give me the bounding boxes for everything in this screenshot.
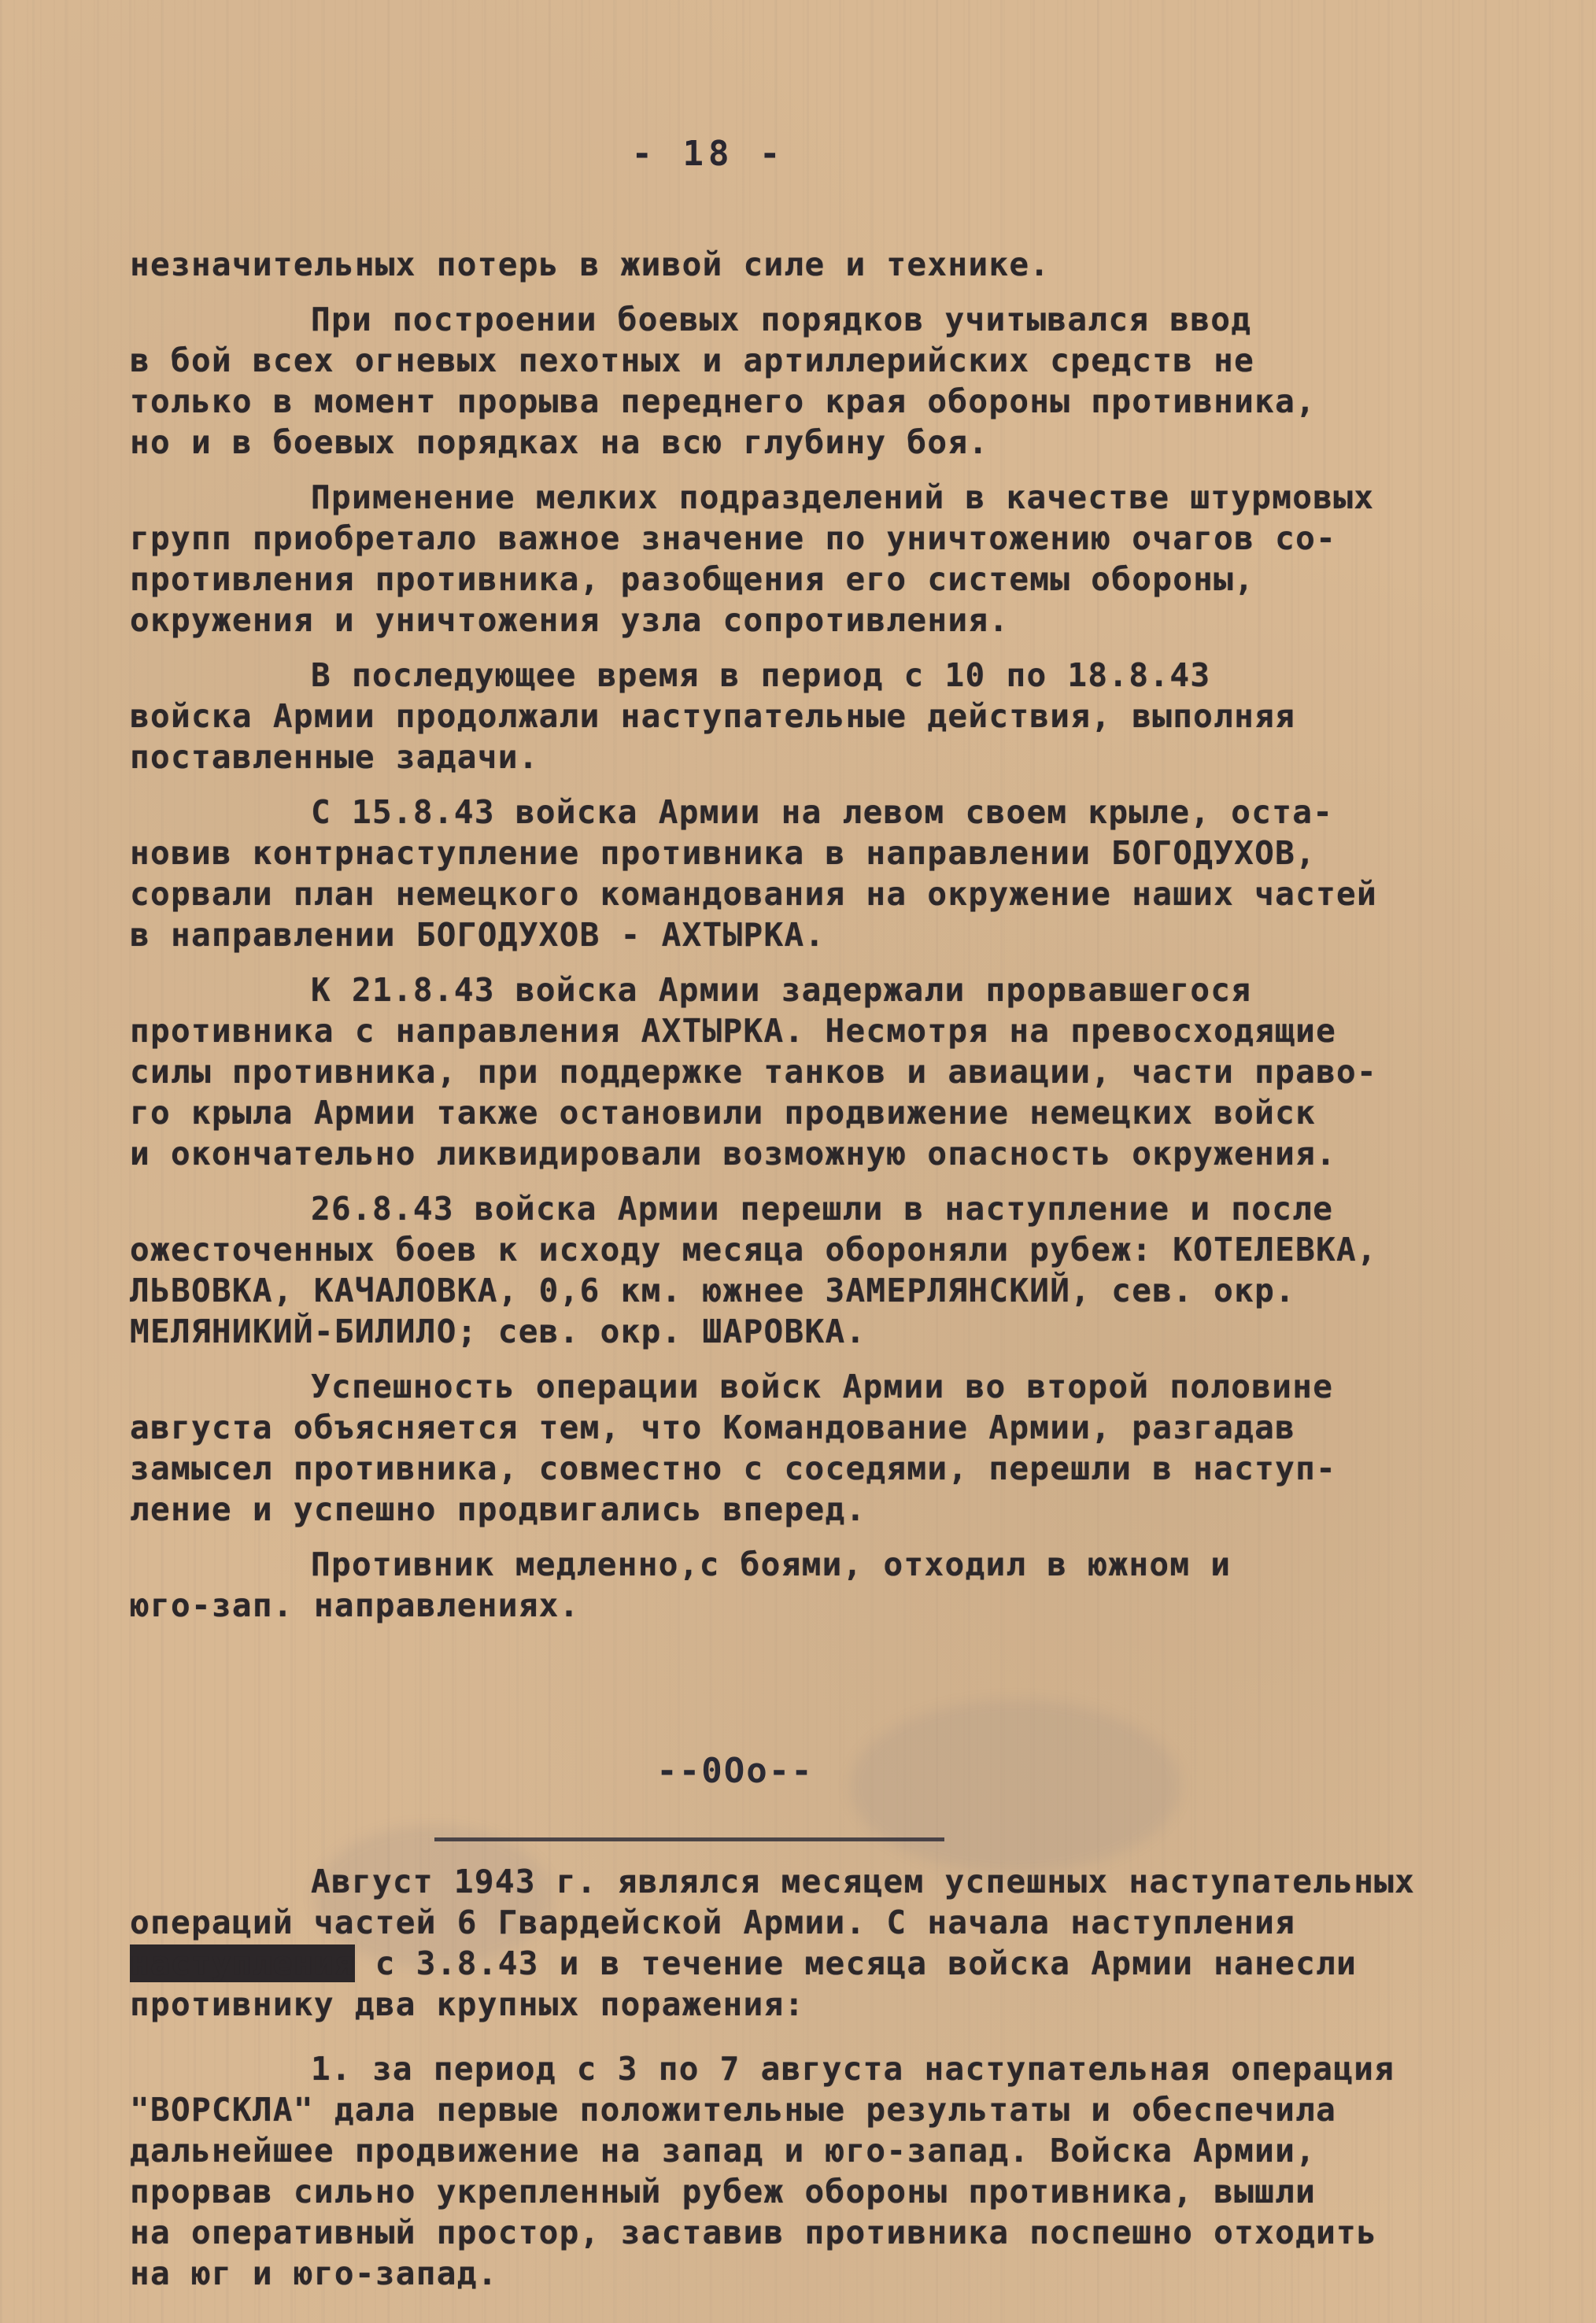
section-separator: --0Оо-- [0,1751,1596,1791]
text-line: 1. за период с 3 по 7 августа наступател… [130,2048,1596,2089]
text-line: МЕЛЯНИКИЙ-БИЛИЛО; сев. окр. ШАРОВКА. [130,1311,1596,1352]
text-line: групп приобретало важное значение по уни… [130,518,1596,559]
horizontal-rule [434,1837,944,1841]
text-line: ЛЬВОВКА, КАЧАЛОВКА, 0,6 км. южнее ЗАМЕРЛ… [130,1270,1596,1311]
text-line: Успешность операции войск Армии во второ… [130,1366,1596,1407]
text-line: го крыла Армии также остановили продвиже… [130,1092,1596,1133]
text-line: сорвали план немецкого командования на о… [130,873,1596,914]
text-line: ожесточенных боев к исходу месяца оборон… [130,1229,1596,1270]
text-line: на юг и юго-запад. [130,2253,1596,2294]
paragraph: 1. за период с 3 по 7 августа наступател… [130,2048,1596,2294]
paragraph: При построении боевых порядков учитывалс… [130,299,1596,463]
paragraph: Применение мелких подразделений в качест… [130,477,1596,641]
text-line: в бой всех огневых пехотных и артиллерий… [130,340,1596,381]
paragraph: Август 1943 г. являлся месяцем успешных … [130,1861,1596,2025]
paragraph: незначительных потерь в живой силе и тех… [130,244,1596,285]
text-line: на оперативный простор, заставив противн… [130,2212,1596,2253]
document-page: - 18 - незначительных потерь в живой сил… [0,0,1596,2323]
separator-mark: --0Оо-- [656,1751,813,1791]
text-line: дальнейшее продвижение на запад и юго-за… [130,2130,1596,2171]
text-line: противника с направления АХТЫРКА. Несмот… [130,1010,1596,1051]
text-line: силы противника, при поддержке танков и … [130,1051,1596,1092]
text-line: замысел противника, совместно с соседями… [130,1448,1596,1489]
text-line: новив контрнаступление противника в напр… [130,833,1596,873]
paragraph: 26.8.43 войска Армии перешли в наступлен… [130,1188,1596,1352]
text-line: в направлении БОГОДУХОВ - АХТЫРКА. [130,914,1596,955]
paragraph: К 21.8.43 войска Армии задержали прорвав… [130,969,1596,1174]
text-line: С 15.8.43 войска Армии на левом своем кр… [130,792,1596,833]
text-line: Противник медленно,с боями, отходил в юж… [130,1544,1596,1585]
body-text-bottom: Август 1943 г. являлся месяцем успешных … [130,1861,1596,2294]
text-line: поставленные задачи. [130,737,1596,777]
paragraph: Успешность операции войск Армии во второ… [130,1366,1596,1530]
text-line: Применение мелких подразделений в качест… [130,477,1596,518]
text-line: незначительных потерь в живой силе и тех… [130,244,1596,285]
text-line: операций частей 6 Гвардейской Армии. С н… [130,1902,1596,1943]
text-line: К 21.8.43 войска Армии задержали прорвав… [130,969,1596,1010]
paragraph: С 15.8.43 войска Армии на левом своем кр… [130,792,1596,955]
page-number: - 18 - [0,134,1417,174]
text-line: При построении боевых порядков учитывалс… [130,299,1596,340]
struck-out-text: наступления [130,1944,355,1982]
text-line: прорвав сильно укрепленный рубеж обороны… [130,2171,1596,2212]
text-line: противления противника, разобщения его с… [130,559,1596,600]
text-line: августа объясняется тем, что Командовани… [130,1407,1596,1448]
text-line: Август 1943 г. являлся месяцем успешных … [130,1861,1596,1902]
text-line: В последующее время в период с 10 по 18.… [130,655,1596,696]
text-line: но и в боевых порядках на всю глубину бо… [130,422,1596,463]
text-line: "ВОРСКЛА" дала первые положительные резу… [130,2089,1596,2130]
text-line: 26.8.43 войска Армии перешли в наступлен… [130,1188,1596,1229]
text-line: и окончательно ликвидировали возможную о… [130,1133,1596,1174]
text-line: противнику два крупных поражения: [130,1984,1596,2025]
text-line: юго-зап. направлениях. [130,1585,1596,1626]
text-line: наступления с 3.8.43 и в течение месяца … [130,1943,1596,1984]
text-line: войска Армии продолжали наступательные д… [130,696,1596,737]
text-line: окружения и уничтожения узла сопротивлен… [130,600,1596,641]
paragraph: В последующее время в период с 10 по 18.… [130,655,1596,777]
body-text-top: незначительных потерь в живой силе и тех… [130,244,1596,1626]
text-line: только в момент прорыва переднего края о… [130,381,1596,422]
text-line: ление и успешно продвигались вперед. [130,1489,1596,1530]
paragraph: Противник медленно,с боями, отходил в юж… [130,1544,1596,1626]
